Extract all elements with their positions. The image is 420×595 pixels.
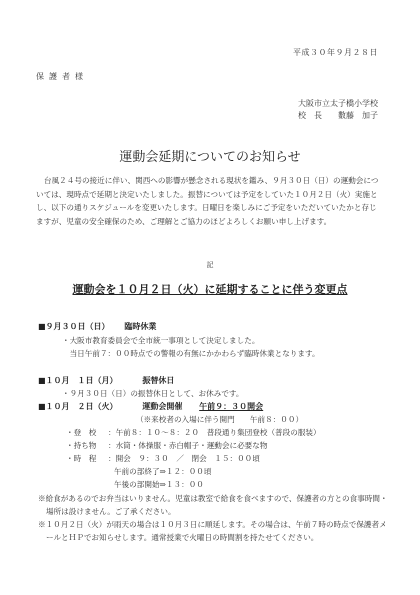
section-label: 運動会開催 (142, 402, 182, 411)
section-sep30-heading: ■９月３０日（日） 臨時休業 (38, 321, 156, 332)
detail-value: ：開会 ９：３０ ／ 閉会 １５：００頃 (108, 452, 260, 465)
note-lunch: ※給食があるのでお弁当はいりません。児童は教室で給食を食べますので、保護者の方と… (38, 492, 394, 518)
section-line: ・９月３０日（日）の振替休日として、お休みです。 (62, 387, 244, 400)
section-date: ■１０月 １日（月） (38, 376, 118, 385)
addressee: 保護者様 (36, 71, 88, 82)
section-line: ・大阪市教育委員会で全市統一事項として決定しました。 (62, 334, 259, 347)
detail-value: ：水筒・体操服・赤白帽子・運動会に必要な物 (108, 439, 267, 452)
opening-time: 午前９：３０開会 (199, 402, 263, 411)
sender-block: 大阪市立太子橋小学校 校 長 數藤 加子 (298, 98, 378, 122)
detail-key: ・登 校 (66, 426, 96, 439)
document-title: 運動会延期についてのお知らせ (0, 146, 420, 165)
detail-value: ：午前８：１０～８：２０ 普段通り集団登校（普段の服装） (108, 426, 321, 439)
schedule-extra: 午後の部開始⇒１３：００ (114, 478, 204, 491)
intro-paragraph: 台風２４号の接近に伴い、関西への影響が懸念される現状を鑑み、９月３０日（日）の運… (36, 174, 382, 228)
section-label: 振替休日 (142, 376, 174, 385)
document-date: 平成３０年９月２８日 (293, 47, 378, 58)
section-line: 当日午前７：００時点での警報の有無にかかわらず臨時休業となります。 (62, 347, 320, 360)
note-rain: ※１０月２日（火）が雨天の場合は１０月３日に順延します。その場合は、午前７時の時… (38, 518, 394, 544)
schedule-extra: 午前の部終了⇒１２：００頃 (114, 465, 212, 478)
gate-note: （※来校者の入場に伴う開門 午前８：００） (136, 413, 303, 426)
section-oct2-heading: ■１０月 ２日（火） 運動会開催 午前９：３０開会 (38, 401, 263, 412)
detail-key: ・持ち物 (66, 439, 96, 452)
principal-name: 校 長 數藤 加子 (298, 110, 378, 122)
section-oct1-heading: ■１０月 １日（月） 振替休日 (38, 375, 174, 386)
detail-key: ・時 程 (66, 452, 96, 465)
changes-heading: 運動会を１０月２日（火）に延期することに伴う変更点 (0, 281, 420, 297)
section-date: ■９月３０日（日） (38, 322, 110, 331)
school-name: 大阪市立太子橋小学校 (298, 98, 378, 110)
section-label: 臨時休業 (124, 322, 156, 331)
section-date: ■１０月 ２日（火） (38, 402, 118, 411)
ki-marker: 記 (0, 260, 420, 270)
